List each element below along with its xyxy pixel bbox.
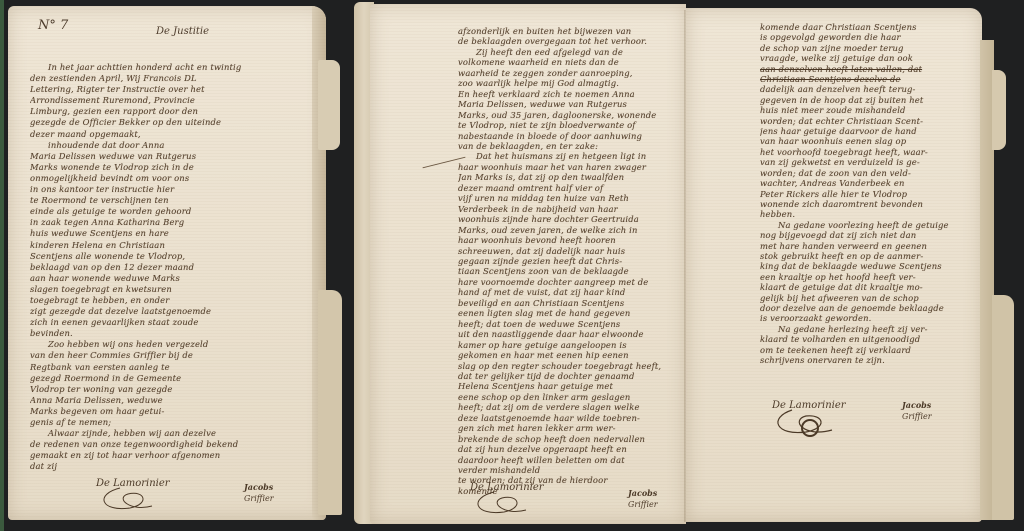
manuscript-line: gekomen en haar met eenen hip eenen [458, 350, 686, 360]
manuscript-line: in zaak tegen Anna Katharina Berg [30, 217, 320, 228]
manuscript-line: de schop van zijne moeder terug [760, 43, 978, 53]
manuscript-line: beklaagd van op den 12 dezer maand [30, 262, 320, 273]
manuscript-line: klaart de getuige dat dit kraaltje mo- [760, 282, 978, 292]
manuscript-line: huis niet meer zoude mishandeld [760, 105, 978, 115]
manuscript-page-right: komende daar Christiaan Scentjensis opge… [686, 8, 982, 522]
manuscript-line: zigt gezegde dat dezelve laatstgenoemde [30, 306, 320, 317]
torn-page-fragment [992, 295, 1014, 520]
manuscript-line: Verderbeek in de nabijheid van haar [458, 204, 686, 214]
handwritten-body-text: afzonderlijk en buiten het bijwezen vand… [458, 26, 686, 496]
manuscript-line: toegebragt te hebben, en onder [30, 295, 320, 306]
handwritten-body-text: komende daar Christiaan Scentjensis opge… [760, 22, 978, 365]
manuscript-line: inhoudende dat door Anna [30, 140, 320, 151]
manuscript-line: den zestienden April, Wij Francois DL [30, 73, 320, 84]
manuscript-line: kinderen Helena en Christiaan [30, 240, 320, 251]
manuscript-line: om te teekenen heeft zij verklaard [760, 345, 978, 355]
manuscript-line: gen zich met haren lekker arm wer- [458, 423, 686, 433]
manuscript-line: Marks begeven om haar getui- [30, 406, 320, 417]
manuscript-line: volkomene waarheid en niets dan de [458, 57, 686, 67]
manuscript-line: Marks, oud zeven jaren, de welke zich in [458, 225, 686, 235]
manuscript-line: En heeft verklaard zich te noemen Anna [458, 89, 686, 99]
scan-frame-edge [0, 0, 4, 531]
manuscript-line: Jan Marks is, dat zij op den twaalfden [458, 172, 686, 182]
manuscript-line: beveiligd en aan Christiaan Scentjens [458, 298, 686, 308]
manuscript-line: hare voornoemde dochter aangreep met de [458, 277, 686, 287]
manuscript-line: huis weduwe Scentjens en hare [30, 228, 320, 239]
manuscript-line: door dezelve aan de genoemde beklaagde [760, 303, 978, 313]
manuscript-line: Vlodrop ter woning van gezegde [30, 384, 320, 395]
manuscript-page-left: N° 7 De Justitie In het jaar achttien ho… [8, 6, 326, 520]
manuscript-line: Zoo hebben wij ons heden vergezeld [30, 339, 320, 350]
manuscript-line: Lettering, Rigter ter Instructie over he… [30, 84, 320, 95]
manuscript-line: Alwaar zijnde, hebben wij aan dezelve [30, 428, 320, 439]
manuscript-line: haar woonhuis bevond heeft hooren [458, 235, 686, 245]
handwritten-body-text: In het jaar achttien honderd acht en twi… [30, 62, 320, 472]
manuscript-line: te Roermond te verschijnen ten [30, 195, 320, 206]
manuscript-line: Marks, oud 35 jaren, dagloonerske, wonen… [458, 110, 686, 120]
manuscript-line: vraagde, welke zij getuige dan ook [760, 53, 978, 63]
manuscript-line: klaard te volharden en uitgenoodigd [760, 334, 978, 344]
manuscript-line: dadelijk aan denzelven heeft terug- [760, 84, 978, 94]
manuscript-line: woonhuis zijnde hare dochter Geertruida [458, 214, 686, 224]
manuscript-line: dat zij hun dezelve opgeraapt heeft en [458, 444, 686, 454]
judge-signature: De Lamorinier [772, 400, 846, 411]
manuscript-line: is veroorzaakt geworden. [760, 313, 978, 323]
manuscript-page-middle: afzonderlijk en buiten het bijwezen vand… [370, 4, 686, 524]
manuscript-line: verder mishandeld [458, 465, 686, 475]
manuscript-line: van haar woonhuis eenen slag op [760, 136, 978, 146]
manuscript-line: is opgevolgd geworden die haar [760, 32, 978, 42]
manuscript-line: nabestaande in bloede of door aanhuwing [458, 131, 686, 141]
manuscript-line: Regtbank van eersten aanleg te [30, 362, 320, 373]
manuscript-line: gezegde de Officier Bekker op den uitein… [30, 117, 320, 128]
torn-page-fragment [318, 60, 340, 150]
manuscript-line: Anna Maria Delissen, weduwe [30, 395, 320, 406]
manuscript-line: de beklaagden overgegaan tot het verhoor… [458, 36, 686, 46]
manuscript-line: jens haar getuige daarvoor de hand [760, 126, 978, 136]
manuscript-line: schreeuwen, dat zij dadelijk naar huis [458, 246, 686, 256]
manuscript-line: Na gedane voorlezing heeft de getuige [760, 220, 978, 230]
manuscript-line: dezer maand omtrent half vier of [458, 183, 686, 193]
manuscript-line: In het jaar achttien honderd acht en twi… [30, 62, 320, 73]
manuscript-line: Marks wonende te Vlodrop zich in de [30, 162, 320, 173]
manuscript-line: deze laatstgenoemde haar wilde toebren- [458, 413, 686, 423]
manuscript-line: aan denzelven heeft laten vallen, dat [760, 64, 978, 74]
manuscript-line: Limburg, gezien een rapport door den [30, 106, 320, 117]
manuscript-line: Peter Rickers alle hier te Vlodrop [760, 189, 978, 199]
manuscript-line: van zij gekwetst en verduizeld is ge- [760, 157, 978, 167]
manuscript-line: heeft; dat toen de weduwe Scentjens [458, 319, 686, 329]
manuscript-line: dat ter gelijker tijd de dochter genaamd [458, 371, 686, 381]
manuscript-line: heeft; dat zij om de verdere slagen welk… [458, 402, 686, 412]
manuscript-line: nog bijgevoegd dat zij zich niet dan [760, 230, 978, 240]
judge-signature: De Lamorinier [470, 482, 544, 493]
manuscript-line: bevinden. [30, 328, 320, 339]
manuscript-line: worden; dat echter Christiaan Scent- [760, 116, 978, 126]
clerk-signature: Jacobs Griffier [902, 400, 932, 422]
manuscript-line: waarheid te zeggen zonder aanroeping, [458, 68, 686, 78]
manuscript-line: king dat de beklaagde weduwe Scentjens [760, 261, 978, 271]
manuscript-line: wonende zich daaromtrent bevonden [760, 199, 978, 209]
manuscript-line: komende daar Christiaan Scentjens [760, 22, 978, 32]
manuscript-line: eenen ligten slag met de hand gegeven [458, 308, 686, 318]
manuscript-line: onmogelijkheid bevindt om voor ons [30, 173, 320, 184]
manuscript-line: Maria Delissen weduwe van Rutgerus [30, 151, 320, 162]
manuscript-line: gelijk bij het afweeren van de schop [760, 293, 978, 303]
manuscript-line: van den heer Commies Griffier bij de [30, 350, 320, 361]
manuscript-line: worden; dat de zoon van den veld- [760, 168, 978, 178]
manuscript-line: gemaakt en zij tot haar verhoor afgenome… [30, 450, 320, 461]
page-heading: De Justitie [156, 26, 209, 37]
manuscript-line: Maria Delissen, weduwe van Rutgerus [458, 99, 686, 109]
clerk-signature: Jacobs Griffier [244, 482, 274, 504]
clerk-signature: Jacobs Griffier [628, 488, 658, 510]
manuscript-line: Christiaan Scentjens dezelve de [760, 74, 978, 84]
manuscript-line: einde als getuige te worden gehoord [30, 206, 320, 217]
manuscript-line: Scentjens alle wonende te Vlodrop, [30, 251, 320, 262]
manuscript-line: van de beklaagden, en ter zake: [458, 141, 686, 151]
manuscript-line: haar woonhuis maar het van haren zwager [458, 162, 686, 172]
manuscript-line: het voorhoofd toegebragt heeft, waar- [760, 147, 978, 157]
torn-page-fragment [318, 290, 342, 515]
manuscript-line: slagen toegebragt en kwetsuren [30, 284, 320, 295]
manuscript-line: zich in eenen gevaarlijken staat zoude [30, 317, 320, 328]
manuscript-line: gezegd Roermond in de Gemeente [30, 373, 320, 384]
manuscript-line: de redenen van onze tegenwoordigheid bek… [30, 439, 320, 450]
manuscript-line: schrijvens onervaren te zijn. [760, 355, 978, 365]
manuscript-line: hand af met de vuist, dat zij haar kind [458, 287, 686, 297]
manuscript-line: Na gedane herlezing heeft zij ver- [760, 324, 978, 334]
manuscript-line: dat zij [30, 461, 320, 472]
manuscript-line: gegeven in de hoop dat zij buiten het [760, 95, 978, 105]
manuscript-line: in ons kantoor ter instructie hier [30, 184, 320, 195]
manuscript-line: Zij heeft den eed afgelegd van de [458, 47, 686, 57]
signature-flourish-icon [464, 488, 544, 518]
signature-flourish-icon [766, 406, 846, 440]
manuscript-line: zoo waarlijk helpe mij God almagtig. [458, 78, 686, 88]
folio-number: N° 7 [38, 18, 68, 33]
manuscript-line: afzonderlijk en buiten het bijwezen van [458, 26, 686, 36]
manuscript-line: genis af te nemen; [30, 417, 320, 428]
manuscript-line: hebben. [760, 209, 978, 219]
manuscript-line: wachter, Andreas Vanderbeek en [760, 178, 978, 188]
manuscript-line: uit den naastliggende daar haar elwoonde [458, 329, 686, 339]
torn-page-fragment [992, 70, 1006, 150]
manuscript-line: met hare handen verweerd en geenen [760, 241, 978, 251]
manuscript-line: stok gebruikt heeft en op de aanmer- [760, 251, 978, 261]
manuscript-line: tiaan Scentjens zoon van de beklaagde [458, 266, 686, 276]
manuscript-line: kamer op hare getuige aangeloopen is [458, 340, 686, 350]
manuscript-line: dezer maand opgemaakt, [30, 129, 320, 140]
manuscript-line: een kraaltje op het hoofd heeft ver- [760, 272, 978, 282]
manuscript-line: daardoor heeft willen beletten om dat [458, 455, 686, 465]
manuscript-line: te Vlodrop, niet te zijn bloedverwante o… [458, 120, 686, 130]
signature-flourish-icon [90, 484, 170, 514]
manuscript-line: vijf uren na middag ten huize van Reth [458, 193, 686, 203]
manuscript-line: aan haar wonende weduwe Marks [30, 273, 320, 284]
manuscript-line: Dat het huismans zij en hetgeen ligt in [458, 151, 686, 161]
manuscript-line: slag op den regter schouder toegebragt h… [458, 361, 686, 371]
manuscript-line: Helena Scentjens haar getuige met [458, 381, 686, 391]
manuscript-line: Arrondissement Ruremond, Provincie [30, 95, 320, 106]
judge-signature: De Lamorinier [96, 478, 170, 489]
manuscript-line: eene schop op den linker arm geslagen [458, 392, 686, 402]
manuscript-line: gegaan zijnde gezien heeft dat Chris- [458, 256, 686, 266]
manuscript-line: brekende de schop heeft doen nedervallen [458, 434, 686, 444]
